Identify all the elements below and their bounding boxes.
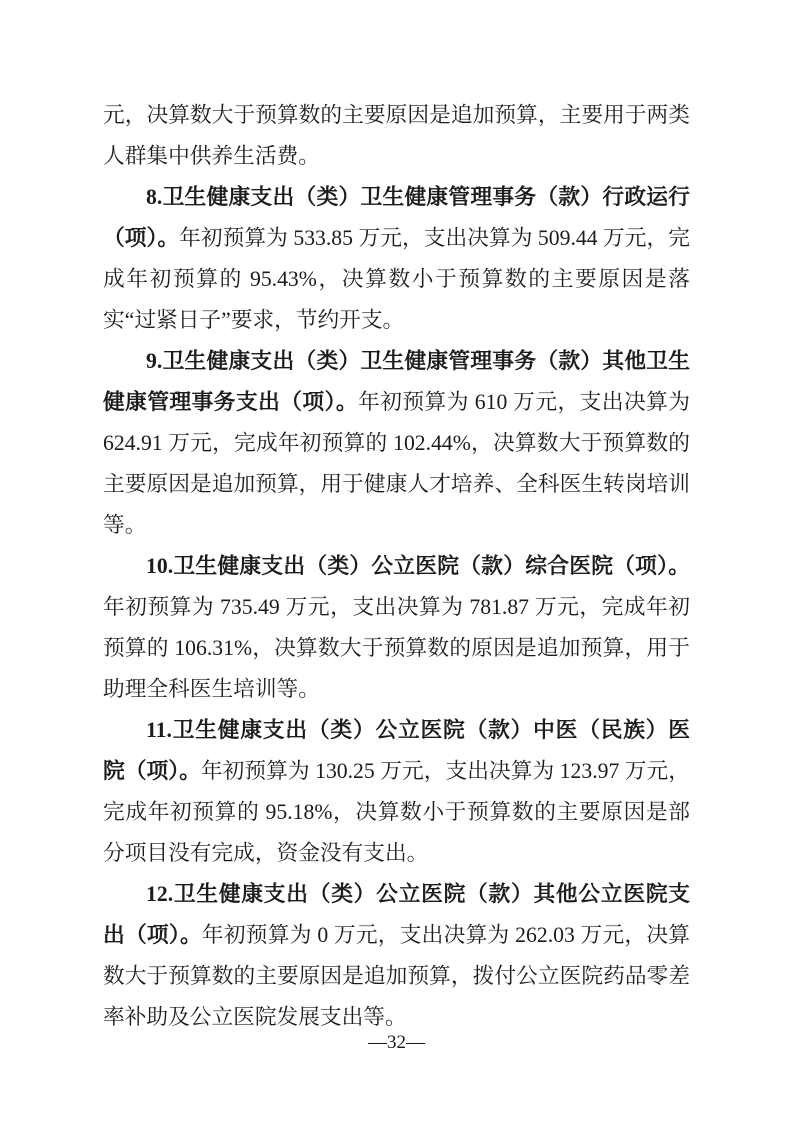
- paragraph: 8.卫生健康支出（类）卫生健康管理事务（款）行政运行（项）。年初预算为 533.…: [103, 177, 690, 341]
- document-page: 元，决算数大于预算数的主要原因是追加预算，主要用于两类人群集中供养生活费。8.卫…: [0, 0, 793, 1122]
- body-text: 年初预算为 735.49 万元，支出决算为 781.87 万元，完成年初预算的 …: [103, 595, 690, 701]
- document-body: 元，决算数大于预算数的主要原因是追加预算，主要用于两类人群集中供养生活费。8.卫…: [103, 95, 690, 1038]
- page-number: —32—: [0, 1031, 793, 1055]
- body-text: 年初预算为 533.85 万元，支出决算为 509.44 万元，完成年初预算的 …: [103, 226, 690, 332]
- paragraph: 11.卫生健康支出（类）公立医院（款）中医（民族）医院（项）。年初预算为 130…: [103, 710, 690, 874]
- paragraph: 10.卫生健康支出（类）公立医院（款）综合医院（项）。年初预算为 735.49 …: [103, 546, 690, 710]
- paragraph: 12.卫生健康支出（类）公立医院（款）其他公立医院支出（项）。年初预算为 0 万…: [103, 874, 690, 1038]
- item-heading-text: 10.卫生健康支出（类）公立医院（款）综合医院（项）。: [146, 554, 690, 578]
- paragraph: 元，决算数大于预算数的主要原因是追加预算，主要用于两类人群集中供养生活费。: [103, 95, 690, 177]
- paragraph: 9.卫生健康支出（类）卫生健康管理事务（款）其他卫生健康管理事务支出（项）。年初…: [103, 341, 690, 546]
- body-text: 元，决算数大于预算数的主要原因是追加预算，主要用于两类人群集中供养生活费。: [103, 103, 690, 168]
